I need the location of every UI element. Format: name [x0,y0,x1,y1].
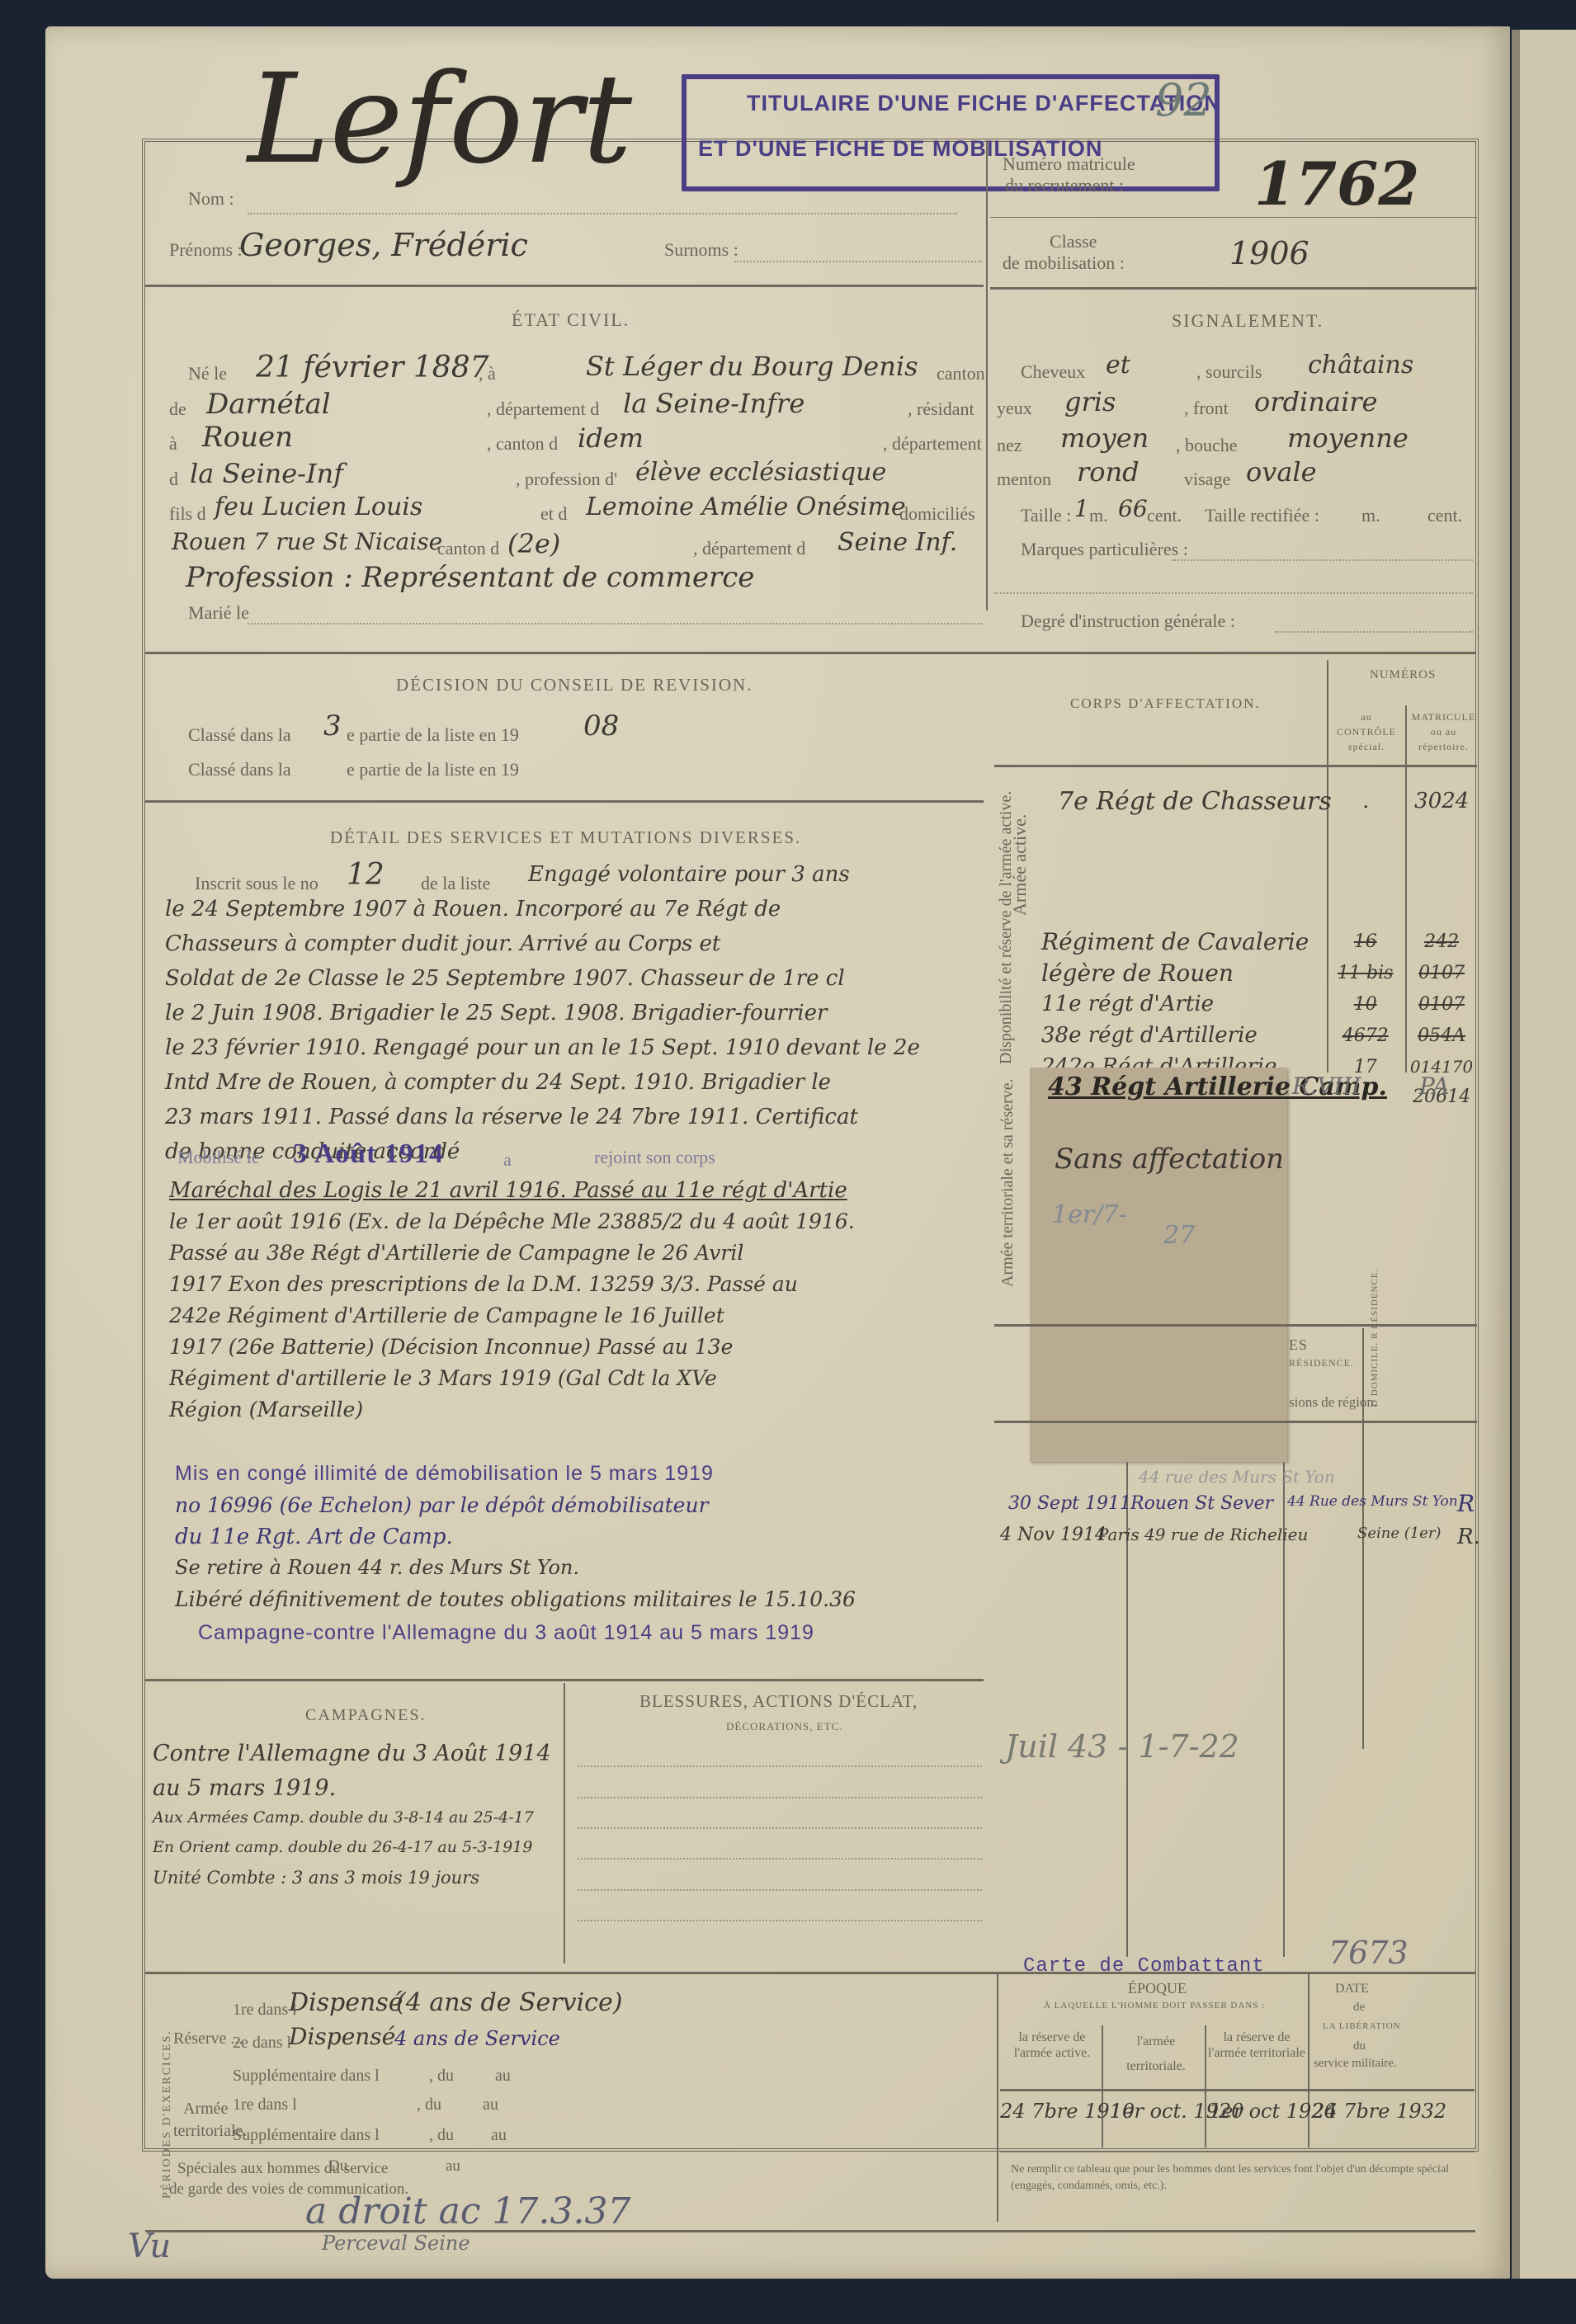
date-title: DATE [1335,1982,1369,1996]
nez-label: nez [997,435,1022,456]
side-territoriale: Armée territoriale et sa réserve. [998,1078,1017,1287]
corps-name: 11e régt d'Artie [1041,992,1326,1016]
departement-value: la Seine-Infre [623,388,805,419]
services-lines-2: Maréchal des Logis le 21 avril 1916. Pas… [169,1178,986,1429]
localite-type: R. [1457,1525,1480,1549]
domicile-value: Rouen 7 rue St Nicaise [172,528,442,555]
territoriale-1-label: 1re dans l [233,2095,297,2114]
matricule-number: 0107 [1404,963,1479,983]
domicilies-label: domiciliés [899,503,975,525]
departement-label: , département d [487,398,599,420]
a-label: , à [479,363,496,384]
taille-m-label: m. [1089,505,1108,526]
campagnes-title: CAMPAGNES. [305,1706,427,1725]
col-matricule: MATRICULE ou au répertoire. [1408,709,1479,754]
reserve-2-note: 4 ans de Service [394,2027,560,2050]
controle-number: 11 bis [1326,963,1404,983]
nom-line [248,213,957,214]
classe-dans-la-label: Classé dans la [188,724,291,746]
partie-label-2: e partie de la liste en 19 [347,759,519,780]
canton-value: Darnétal [206,388,331,421]
epoque-col-1: la réserve de l'armée active. [1003,2029,1102,2061]
controle-number: 4672 [1326,1025,1404,1046]
partie-value: 3 [323,709,342,742]
blessures-title: BLESSURES, ACTIONS D'ÉCLAT, [639,1691,918,1712]
au-label: au [483,2095,498,2114]
service-line: le 23 février 1910. Rengagé pour un an l… [165,1035,982,1070]
cheveux-label: Cheveux [1021,361,1085,383]
matricule-number: 0107 [1404,994,1479,1015]
campagne-line: au 5 mars 1919. [153,1775,561,1808]
reserve-1-label: 1re dans l [233,2001,297,2020]
profession-label: , profession d' [516,469,617,490]
corps-name: Régiment de Cavalerie [1041,928,1326,955]
date-de: de [1353,2001,1365,2015]
menton-value: rond [1077,456,1140,488]
localite-date: 30 Sept 1911 [1008,1493,1131,1514]
divider [145,285,984,287]
cheveux-value: et [1106,351,1130,379]
service-line: Soldat de 2e Classe le 25 Septembre 1907… [165,966,982,1001]
divider [994,765,1477,767]
lieu-naissance: St Léger du Bourg Denis [586,351,918,382]
mobilise-date-stamp: 3 Août 1914 [293,1138,444,1170]
bouche-value: moyenne [1287,422,1408,454]
profession-value: élève ecclésiastique [635,458,886,487]
marques-line-2 [994,592,1473,594]
departement2-value: la Seine-Inf [190,458,343,489]
divider [994,1324,1477,1327]
campagne-line: En Orient camp. double du 26-4-17 au 5-3… [153,1838,561,1868]
marie-line [248,623,982,625]
taille-rect-cent-label: cent. [1427,505,1462,526]
taille-m-value: 1 [1074,495,1089,522]
matricule-number: 242 [1404,931,1479,952]
au-label: au [491,2126,507,2145]
divider [145,652,1475,654]
reserve-2-label: 2e dans l [233,2034,291,2053]
conge-line-4: Se retire à Rouen 44 r. des Murs St Yon. [175,1556,579,1579]
classe-label-1: Classe [1050,231,1097,252]
stamp-annotation: 92 [1155,74,1212,126]
date-liberation: LA LIBÉRATION [1323,2021,1401,2031]
residant-label: , résidant [908,398,974,420]
taille-rectifiee-label: Taille rectifiée : [1205,505,1319,526]
territoriale-supp-label: Supplémentaire dans l [233,2126,380,2145]
column-divider [1102,2025,1103,2147]
du-label: , du [417,2095,441,2114]
epoque-footnote: Ne remplir ce tableau que pour les homme… [1011,2161,1473,2194]
departement2-label: , département [883,433,982,455]
mobilise-label: Mobilisé le [177,1147,260,1168]
campagne-line: Aux Armées Camp. double du 3-8-14 au 25-… [153,1808,561,1838]
divider [145,1679,984,1681]
departement3-label: , département d [693,538,805,559]
periodes-exercices-side: PÉRIODES D'EXERCICES. [161,2029,174,2199]
col-controle: au CONTRÔLE spécial. [1330,709,1403,754]
conseil-revision-title: DÉCISION DU CONSEIL DE REVISION. [396,675,753,695]
degre-label: Degré d'instruction générale : [1021,610,1235,632]
menton-label: menton [997,469,1051,490]
services-title: DÉTAIL DES SERVICES ET MUTATIONS DIVERSE… [330,827,801,848]
service-line: 1917 Exon des prescriptions de la D.M. 1… [169,1272,986,1303]
bottom-pencil-note-2: Perceval Seine [322,2232,470,2255]
visage-value: ovale [1246,456,1317,488]
controle-number: 16 [1326,931,1404,952]
matricule-label-1: Numéro matricule [1003,153,1135,175]
matricule-number: 054A [1404,1025,1479,1046]
degre-line [1275,631,1473,633]
nez-value: moyen [1060,422,1149,454]
matricule-label-2: du recrutement : [1005,175,1124,196]
taille-cent-value: 66 [1118,495,1148,522]
d-label: d [169,469,178,490]
yeux-value: gris [1064,386,1116,417]
matricule-number: 1762 [1254,148,1419,219]
surnoms-label: Surnoms : [664,239,738,261]
corps-name: 7e Régt de Chasseurs [1041,787,1327,816]
sourcils-value: châtains [1308,351,1413,379]
corps-row: légère de Rouen 11 bis 0107 [1041,957,1479,988]
front-value: ordinaire [1254,386,1377,417]
classe-value: 1906 [1229,235,1309,271]
prenoms-label: Prénoms : [169,239,243,261]
divider [145,2230,1475,2232]
scan-background [0,2279,1576,2324]
blessures-line [578,1765,982,1767]
corps-name: légère de Rouen [1041,959,1326,987]
margin-note: Vu [128,2227,171,2265]
corps-table: 7e Régt de Chasseurs . 3024 Régiment de … [1041,775,1479,1110]
service-line: Chasseurs à compter dudit jour. Arrivé a… [165,931,982,966]
fils-label: fils d [169,503,206,525]
service-line: Maréchal des Logis le 21 avril 1916. Pas… [169,1178,986,1209]
speciales-au-label: au [446,2157,460,2176]
reserve-1-value: Dispensé [289,1988,403,2017]
divider [990,217,1477,218]
taille-cent-label: cent. [1147,505,1182,526]
note-matricule: PA [1419,1072,1450,1100]
annee-value: 08 [583,709,619,742]
pencil-note: Juil 43 - 1-7-22 [1005,1728,1239,1765]
reserve-1-note: (4 ans de Service) [396,1988,622,2017]
de-label: de [169,398,186,420]
canton-label: canton [937,363,985,384]
libere-line: Libéré définitivement de toutes obligati… [175,1587,856,1611]
note-sans-affectation: Sans affectation [1055,1143,1284,1176]
ne-le-label: Né le [188,363,227,384]
note-controle: R.VIII [1292,1072,1361,1100]
column-divider [997,1974,998,2222]
bottom-pencil-note: a droit ac 17.3.37 [305,2190,630,2232]
mobilise-a: a [503,1149,512,1171]
services-lines: Engagé volontaire pour 3 ans le 24 Septe… [165,862,982,1174]
localite-date: 4 Nov 1914 [1000,1525,1107,1545]
column-divider [986,140,988,610]
etat-civil-title: ÉTAT CIVIL. [512,309,630,331]
carte-combattant-number: 7673 [1328,1935,1408,1971]
divider [145,800,984,803]
side-disponibilite: Disponibilité et réserve de l'armée acti… [997,791,1016,1064]
taille-rect-m-label: m. [1361,505,1380,526]
corps-name: 38e régt d'Artillerie [1041,1023,1326,1048]
matricule-number: 3024 [1404,789,1479,813]
epoque-val-4: 24 7bre 1932 [1312,2100,1446,2123]
campagnes-lines: Contre l'Allemagne du 3 Août 1914 au 5 m… [153,1741,561,1897]
residence-label: RÉSIDENCE. [1289,1357,1354,1369]
controle-number: . [1327,789,1404,813]
nom-label: Nom : [188,188,234,210]
partie-label: e partie de la liste en 19 [347,724,519,746]
canton2-value: idem [578,422,644,454]
canton3-value: (2e) [507,528,560,559]
a-label: à [169,433,177,455]
canton2-label: , canton d [487,433,558,455]
service-line: 23 mars 1911. Passé dans la réserve le 2… [165,1105,982,1139]
taille-label: Taille : [1021,505,1071,526]
numeros-title: NUMÉROS [1370,668,1436,682]
pere-value: feu Lucien Louis [215,493,422,521]
localites-header-partial: ES [1289,1336,1308,1354]
service-line: Passé au 38e Régt d'Artillerie de Campag… [169,1241,986,1272]
pasted-note [1030,1068,1287,1462]
epoque-subtitle: À LAQUELLE L'HOMME DOIT PASSER DANS : [1044,2001,1265,2011]
stamp-line-1: TITULAIRE D'UNE FICHE D'AFFECTATION [747,91,1221,116]
corps-affectation-title: CORPS D'AFFECTATION. [1070,695,1261,712]
reserve-2-value: Dispensé [289,2023,395,2050]
blessures-line [578,1858,982,1860]
residence-value: Rouen [202,421,293,454]
service-line: Intd Mre de Rouen, à compter du 24 Sept.… [165,1070,982,1105]
epoque-col-3: la réserve de l'armée territoriale [1206,2029,1307,2061]
canton3-label: canton d [437,538,499,559]
service-line: de bonne conduite accordé [165,1139,982,1174]
armee-territoriale-label-1: Armée [183,2100,228,2119]
column-divider [564,1683,565,1963]
classe-label-2: de mobilisation : [1003,252,1125,274]
visage-label: visage [1184,469,1230,490]
localite-adresse: Seine (1er) [1357,1525,1441,1542]
blessures-line [578,1920,982,1921]
service-line: Régiment d'artillerie le 3 Mars 1919 (Ga… [169,1366,986,1398]
surnoms-line [734,261,982,262]
service-line: Région (Marseille) [169,1398,986,1429]
front-label: , front [1184,398,1229,419]
localite-commune: Paris 49 rue de Richelieu [1097,1525,1308,1544]
corps-row: 7e Régt de Chasseurs . 3024 [1041,775,1479,827]
column-divider [1205,2025,1206,2147]
divider [1000,2152,1475,2152]
subdivisions-label: sions de région. [1289,1394,1377,1411]
campagne-line: Contre l'Allemagne du 3 Août 1914 [153,1741,561,1775]
divider [1000,2089,1475,2091]
localite-commune: Rouen St Sever [1130,1493,1273,1514]
conge-line-1: Mis en congé illimité de démobilisation … [175,1462,714,1486]
service-line: 1917 (26e Batterie) (Décision Inconnue) … [169,1335,986,1366]
surname-handwritten: Lefort [248,58,632,181]
adjacent-page-edge [1512,30,1576,2324]
departement3-value: Seine Inf. [838,528,957,557]
marques-line [1172,559,1473,561]
supp-label: Supplémentaire dans l [233,2067,380,2086]
marques-label: Marques particulières : [1021,539,1188,560]
service-line: le 24 Septembre 1907 à Rouen. Incorporé … [165,897,982,931]
conge-line-2: no 16996 (6e Echelon) par le dépôt démob… [175,1493,709,1517]
domicile-residence-col: D DOMICILE. R RÉSIDENCE. [1370,1269,1380,1407]
du-label: , du [429,2126,454,2145]
mere-value: Lemoine Amélie Onésime [586,493,906,521]
epoque-col-2: l'armée territoriale. [1107,2029,1205,2079]
service-line: le 2 Juin 1908. Brigadier le 25 Sept. 19… [165,1001,982,1035]
date-naissance: 21 février 1887 [256,351,489,384]
date-du: du [1353,2039,1366,2053]
controle-number: 10 [1326,994,1404,1015]
localite-type: R [1457,1490,1475,1517]
service-line: Engagé volontaire pour 3 ans [528,862,982,897]
speciales-label-1: Spéciales aux hommes du service [177,2160,388,2178]
corps-row: 38e régt d'Artillerie 4672 054A [1041,1020,1479,1051]
corps-row: Régiment de Cavalerie 16 242 [1041,926,1479,957]
note-date: 1er/7- [1052,1200,1127,1229]
signalement-title: SIGNALEMENT. [1172,310,1324,332]
divider [994,1421,1477,1423]
au-label: au [495,2067,511,2086]
bouche-label: , bouche [1176,435,1238,456]
blessures-line [578,1827,982,1829]
conge-line-3: du 11e Rgt. Art de Camp. [175,1525,453,1549]
note-number: 27 [1163,1221,1195,1250]
divider [145,1972,1475,1974]
blessures-line [578,1797,982,1798]
campagne-line: Unité Combte : 3 ans 3 mois 19 jours [153,1868,561,1897]
service-line: le 1er août 1916 (Ex. de la Dépêche Mle … [169,1209,986,1241]
campagne-line: Campagne-contre l'Allemagne du 3 août 19… [198,1621,814,1645]
classe-dans-la-label-2: Classé dans la [188,759,291,780]
marie-label: Marié le [188,602,249,624]
prenoms-value: Georges, Frédéric [239,227,528,263]
blessures-line [578,1889,982,1891]
rejoint-label: rejoint son corps [594,1147,715,1168]
service-line: 242e Régiment d'Artillerie de Campagne l… [169,1303,986,1335]
divider [990,287,1477,290]
et-de-label: et d [540,503,567,525]
profession-note: Profession : Représentant de commerce [186,561,754,594]
yeux-label: yeux [997,398,1032,419]
corps-row: 11e régt d'Artie 10 0107 [1041,988,1479,1020]
sourcils-label: , sourcils [1196,361,1262,383]
du-label: , du [429,2067,454,2086]
localite-adresse: 44 Rue des Murs St Yon [1287,1493,1458,1510]
date-service: service militaire. [1314,2057,1397,2071]
speciales-du-label: Du [328,2157,347,2176]
epoque-title: ÉPOQUE [1128,1980,1187,1997]
blessures-subtitle: DÉCORATIONS, ETC. [726,1720,843,1733]
faint-address: 44 rue des Murs St Yon [1139,1467,1335,1487]
